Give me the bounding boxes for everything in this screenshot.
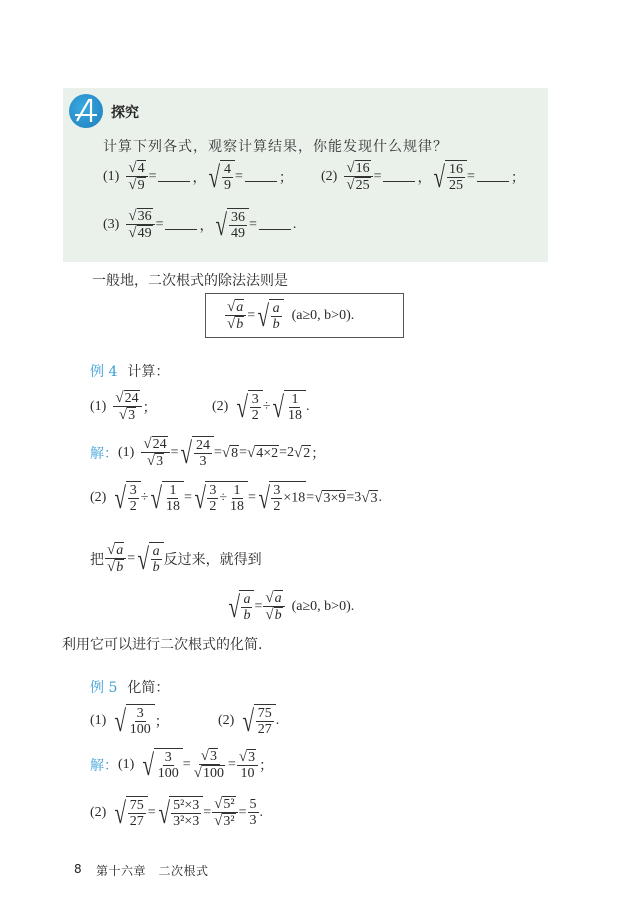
answer-blank[interactable] — [383, 172, 415, 182]
solution-label: 解： — [90, 755, 118, 775]
answer-blank[interactable] — [158, 172, 190, 182]
example5-task: 化简： — [127, 677, 169, 697]
sqrt-fraction: √ 49 — [206, 160, 234, 193]
explore-item-2: (2) √16 √25 = ， √ 1625 = ； — [321, 160, 525, 193]
rule-condition: (a≥0, b>0). — [292, 308, 355, 324]
explore-title: 探究 — [111, 102, 139, 122]
reverse-statement: 把 √a√b = √ab 反过来，就得到 — [90, 542, 262, 575]
fraction: √4 √9 — [126, 160, 147, 193]
fraction: √16 √25 — [344, 160, 372, 193]
example5-solution-1: 解： (1) √3100 = √3√100 = √310 ； — [90, 748, 273, 781]
sqrt-fraction: √ 1625 — [431, 160, 466, 193]
example5-q2: (2) √7527 . — [218, 704, 279, 737]
fraction: √36 √49 — [126, 208, 154, 241]
item-label: (2) — [321, 169, 337, 185]
chapter-title: 第十六章 二次根式 — [96, 862, 209, 879]
solution-label: 解： — [90, 443, 118, 463]
explore-prompt: 计算下列各式，观察计算结果，你能发现什么规律？ — [103, 136, 448, 156]
explore-box: 探究 计算下列各式，观察计算结果，你能发现什么规律？ (1) √4 √9 = ，… — [63, 88, 548, 262]
page-number: 8 — [74, 862, 82, 876]
sqrt-fraction: √ 3649 — [213, 208, 248, 241]
answer-blank[interactable] — [259, 220, 291, 230]
example4-header: 例 4 计算： — [90, 361, 169, 381]
radicand: 4 — [137, 160, 146, 176]
item-label: (3) — [103, 217, 119, 233]
answer-blank[interactable] — [477, 172, 509, 182]
example5-label: 例 5 — [90, 677, 117, 697]
explore-logo-icon — [69, 94, 103, 128]
explore-item-3: (3) √36 √49 = ， √ 3649 = . — [103, 208, 296, 241]
answer-blank[interactable] — [165, 220, 197, 230]
example4-solution-2: (2) √32 ÷ √118 = √32÷118 = √32×18 =√3×9 … — [90, 481, 382, 514]
division-rule-box: √a√b = √ab (a≥0, b>0). — [205, 293, 404, 338]
answer-blank[interactable] — [245, 172, 277, 182]
reverse-conclusion: 利用它可以进行二次根式的化简. — [62, 634, 262, 654]
rule-intro: 一般地，二次根式的除法法则是 — [92, 270, 288, 290]
reverse-formula: √ab = √a√b (a≥0, b>0). — [226, 590, 354, 623]
explore-item-1: (1) √4 √9 = ， √ 49 = ； — [103, 160, 293, 193]
item-label: (1) — [103, 169, 119, 185]
example4-task: 计算： — [127, 361, 169, 381]
example4-solution-1: 解： (1) √24√3 = √243 =√8 =√4×2 =2√2 ； — [90, 436, 325, 469]
example5-q1: (1) √3100 ； — [90, 704, 169, 737]
example4-label: 例 4 — [90, 361, 117, 381]
example4-q1: (1) √24√3 ； — [90, 390, 157, 423]
example4-q2: (2) √32 ÷ √118 . — [212, 390, 309, 423]
radicand: 9 — [137, 177, 146, 193]
example5-solution-2: (2) √7527 = √5²×33²×3 = √5²√3² = 53 . — [90, 796, 263, 829]
example5-header: 例 5 化简： — [90, 677, 169, 697]
